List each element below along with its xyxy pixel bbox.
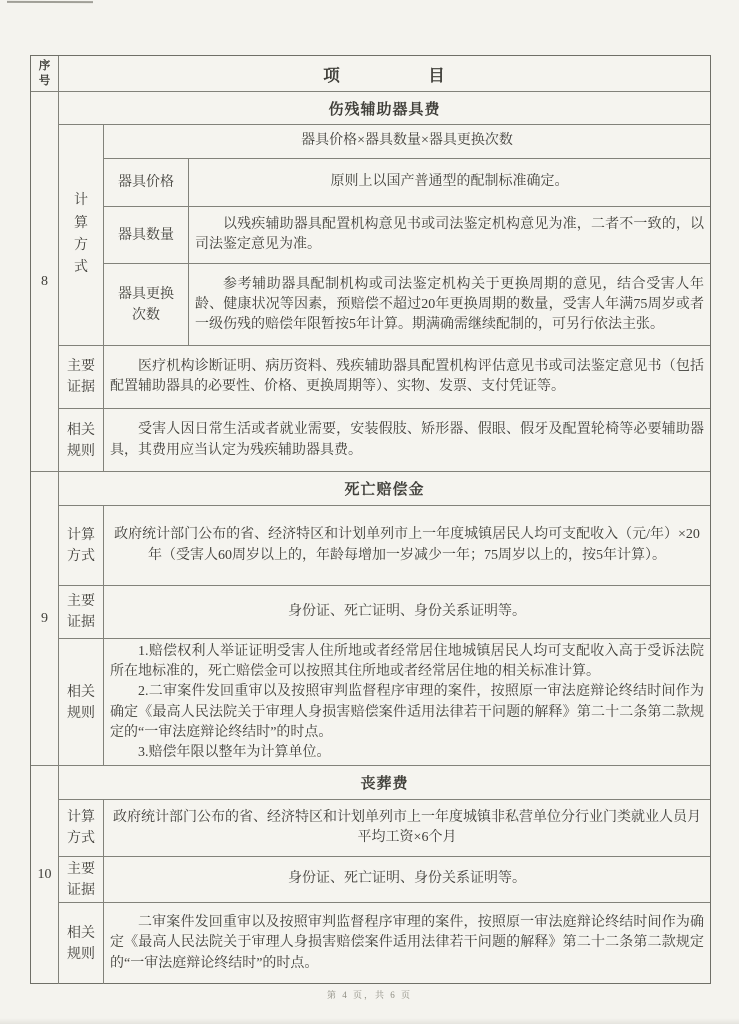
evidence-text: 医疗机构诊断证明、病历资料、残疾辅助器具配置机构评估意见书或司法鉴定意见书（包括… [110, 357, 704, 398]
calc-text: 政府统计部门公布的省、经济特区和计划单列市上一年度城镇居民人均可支配收入（元/年… [110, 525, 704, 566]
sub-row-label: 器具更换次数 [116, 284, 176, 326]
evidence-text: 身份证、死亡证明、身份关系证明等。 [110, 602, 704, 622]
section-8-title-row: 伤残辅助器具费 [59, 92, 710, 125]
section-8-body: 伤残辅助器具费 计算方式 器具价格×器具数量×器具更换次数 [59, 92, 710, 471]
section-title: 死亡赔偿金 [59, 472, 710, 505]
calc-label-cell: 计算方式 [59, 506, 104, 585]
formula-cell: 器具价格×器具数量×器具更换次数 [104, 125, 710, 158]
table-header-row: 序号 项 目 [31, 56, 710, 92]
seq-cell-8: 8 [31, 92, 59, 471]
section-9: 9 死亡赔偿金 计算方式 政府统计部门公布的省、经济特区和计划单列市上一年度城镇… [31, 472, 710, 766]
seq-cell-10: 10 [31, 766, 59, 984]
rules-text: 受害人因日常生活或者就业需要，安装假肢、矫形器、假眼、假牙及配置轮椅等必要辅助器… [110, 420, 704, 461]
seq-header-cell: 序号 [31, 56, 59, 91]
calc-label-cell: 计算方式 [59, 800, 104, 856]
sub-row-label-cell: 器具更换次数 [104, 264, 189, 346]
sub-row-price: 器具价格 原则上以国产普通型的配制标准确定。 [104, 159, 710, 207]
section-9-body: 死亡赔偿金 计算方式 政府统计部门公布的省、经济特区和计划单列市上一年度城镇居民… [59, 472, 710, 765]
section-8: 8 伤残辅助器具费 计算方式 器具价格×器具数量×器具更换次数 [31, 92, 710, 472]
formula-row: 器具价格×器具数量×器具更换次数 [104, 125, 710, 159]
sub-row-label: 器具价格 [116, 172, 176, 193]
calc-block: 计算方式 器具价格×器具数量×器具更换次数 器具价格 [59, 125, 710, 346]
evidence-content: 身份证、死亡证明、身份关系证明等。 [104, 586, 710, 638]
evidence-row: 主要证据 身份证、死亡证明、身份关系证明等。 [59, 857, 710, 903]
section-title: 丧葬费 [59, 766, 710, 799]
calc-content: 政府统计部门公布的省、经济特区和计划单列市上一年度城镇非私营单位分行业门类就业人… [104, 800, 710, 856]
calc-text: 政府统计部门公布的省、经济特区和计划单列市上一年度城镇非私营单位分行业门类就业人… [110, 808, 704, 849]
evidence-label-cell: 主要证据 [59, 857, 104, 902]
rules-item-1: 1.赔偿权利人举证证明受害人住所地或者经常居住地城镇居民人均可支配收入高于受诉法… [110, 642, 704, 683]
page-number-footer: 第 4 页，共 6 页 [0, 988, 739, 1001]
seq-header-label: 序号 [38, 59, 51, 89]
scanned-page: 序号 项 目 8 伤残辅助器具费 计算方式 [0, 0, 739, 1024]
sub-row-label-cell: 器具数量 [104, 207, 189, 263]
page: { "header": { "seq_label": "序号", "item_l… [0, 0, 739, 1024]
rules-label-cell: 相关规则 [59, 903, 104, 984]
rules-label: 相关规则 [66, 682, 96, 724]
evidence-content: 医疗机构诊断证明、病历资料、残疾辅助器具配置机构评估意见书或司法鉴定意见书（包括… [104, 346, 710, 408]
rules-content: 受害人因日常生活或者就业需要，安装假肢、矫形器、假眼、假牙及配置轮椅等必要辅助器… [104, 409, 710, 472]
sub-row-text: 原则上以国产普通型的配制标准确定。 [195, 172, 704, 192]
evidence-row: 主要证据 医疗机构诊断证明、病历资料、残疾辅助器具配置机构评估意见书或司法鉴定意… [59, 346, 710, 409]
seq-cell-9: 9 [31, 472, 59, 765]
calc-label: 计算方式 [73, 190, 89, 280]
evidence-label: 主要证据 [66, 859, 96, 901]
evidence-label: 主要证据 [66, 356, 96, 398]
seq-number: 9 [41, 611, 48, 627]
rules-text: 二审案件发回重审以及按照审判监督程序审理的案件，按照原一审法庭辩论终结时间作为确… [110, 913, 704, 974]
section-10-title-row: 丧葬费 [59, 766, 710, 800]
rules-label: 相关规则 [66, 420, 96, 462]
sub-row-replacement: 器具更换次数 参考辅助器具配制机构或司法鉴定机构关于更换周期的意见，结合受害人年… [104, 264, 710, 346]
evidence-label-cell: 主要证据 [59, 586, 104, 638]
evidence-label-cell: 主要证据 [59, 346, 104, 408]
scan-bottom-shade [0, 1018, 739, 1024]
scan-artifact-line [7, 1, 93, 3]
section-9-title-row: 死亡赔偿金 [59, 472, 710, 506]
rules-label: 相关规则 [66, 923, 96, 965]
section-10: 10 丧葬费 计算方式 政府统计部门公布的省、经济特区和计划单列市上一年度城镇非… [31, 766, 710, 984]
sub-row-quantity: 器具数量 以残疾辅助器具配置机构意见书或司法鉴定机构意见为准，二者不一致的，以司… [104, 207, 710, 264]
section-title: 伤残辅助器具费 [59, 92, 710, 124]
evidence-label: 主要证据 [66, 591, 96, 633]
sub-row-text: 以残疾辅助器具配置机构意见书或司法鉴定机构意见为准，二者不一致的，以司法鉴定意见… [195, 215, 704, 256]
rules-label-cell: 相关规则 [59, 639, 104, 766]
calc-row: 计算方式 政府统计部门公布的省、经济特区和计划单列市上一年度城镇居民人均可支配收… [59, 506, 710, 586]
formula-text: 器具价格×器具数量×器具更换次数 [110, 131, 704, 151]
seq-number: 8 [41, 274, 48, 290]
rules-row: 相关规则 1.赔偿权利人举证证明受害人住所地或者经常居住地城镇居民人均可支配收入… [59, 639, 710, 766]
sub-row-label-cell: 器具价格 [104, 159, 189, 206]
evidence-text: 身份证、死亡证明、身份关系证明等。 [110, 869, 704, 889]
sub-row-label: 器具数量 [116, 225, 176, 246]
rules-content: 1.赔偿权利人举证证明受害人住所地或者经常居住地城镇居民人均可支配收入高于受诉法… [104, 639, 710, 766]
seq-number: 10 [38, 867, 52, 883]
calc-row: 计算方式 政府统计部门公布的省、经济特区和计划单列市上一年度城镇非私营单位分行业… [59, 800, 710, 857]
sub-row-text: 参考辅助器具配制机构或司法鉴定机构关于更换周期的意见，结合受害人年龄、健康状况等… [195, 275, 704, 336]
evidence-row: 主要证据 身份证、死亡证明、身份关系证明等。 [59, 586, 710, 639]
calc-label: 计算方式 [66, 807, 96, 849]
compensation-table: 序号 项 目 8 伤残辅助器具费 计算方式 [30, 55, 711, 984]
calc-label: 计算方式 [66, 525, 96, 567]
sub-row-content: 参考辅助器具配制机构或司法鉴定机构关于更换周期的意见，结合受害人年龄、健康状况等… [189, 264, 710, 346]
item-header-cell: 项 目 [59, 56, 710, 91]
rules-content: 二审案件发回重审以及按照审判监督程序审理的案件，按照原一审法庭辩论终结时间作为确… [104, 903, 710, 984]
calc-content: 政府统计部门公布的省、经济特区和计划单列市上一年度城镇居民人均可支配收入（元/年… [104, 506, 710, 585]
sub-row-content: 原则上以国产普通型的配制标准确定。 [189, 159, 710, 206]
sub-row-content: 以残疾辅助器具配置机构意见书或司法鉴定机构意见为准，二者不一致的，以司法鉴定意见… [189, 207, 710, 263]
calc-label-cell: 计算方式 [59, 125, 104, 345]
rules-row: 相关规则 二审案件发回重审以及按照审判监督程序审理的案件，按照原一审法庭辩论终结… [59, 903, 710, 984]
rules-row: 相关规则 受害人因日常生活或者就业需要，安装假肢、矫形器、假眼、假牙及配置轮椅等… [59, 409, 710, 472]
rules-item-2: 2.二审案件发回重审以及按照审判监督程序审理的案件，按照原一审法庭辩论终结时间作… [110, 682, 704, 743]
rules-label-cell: 相关规则 [59, 409, 104, 472]
evidence-content: 身份证、死亡证明、身份关系证明等。 [104, 857, 710, 902]
section-10-body: 丧葬费 计算方式 政府统计部门公布的省、经济特区和计划单列市上一年度城镇非私营单… [59, 766, 710, 984]
calc-inner: 器具价格×器具数量×器具更换次数 器具价格 原则上以国产普通型的配制标准确定。 [104, 125, 710, 345]
rules-item-3: 3.赔偿年限以整年为计算单位。 [110, 743, 704, 763]
